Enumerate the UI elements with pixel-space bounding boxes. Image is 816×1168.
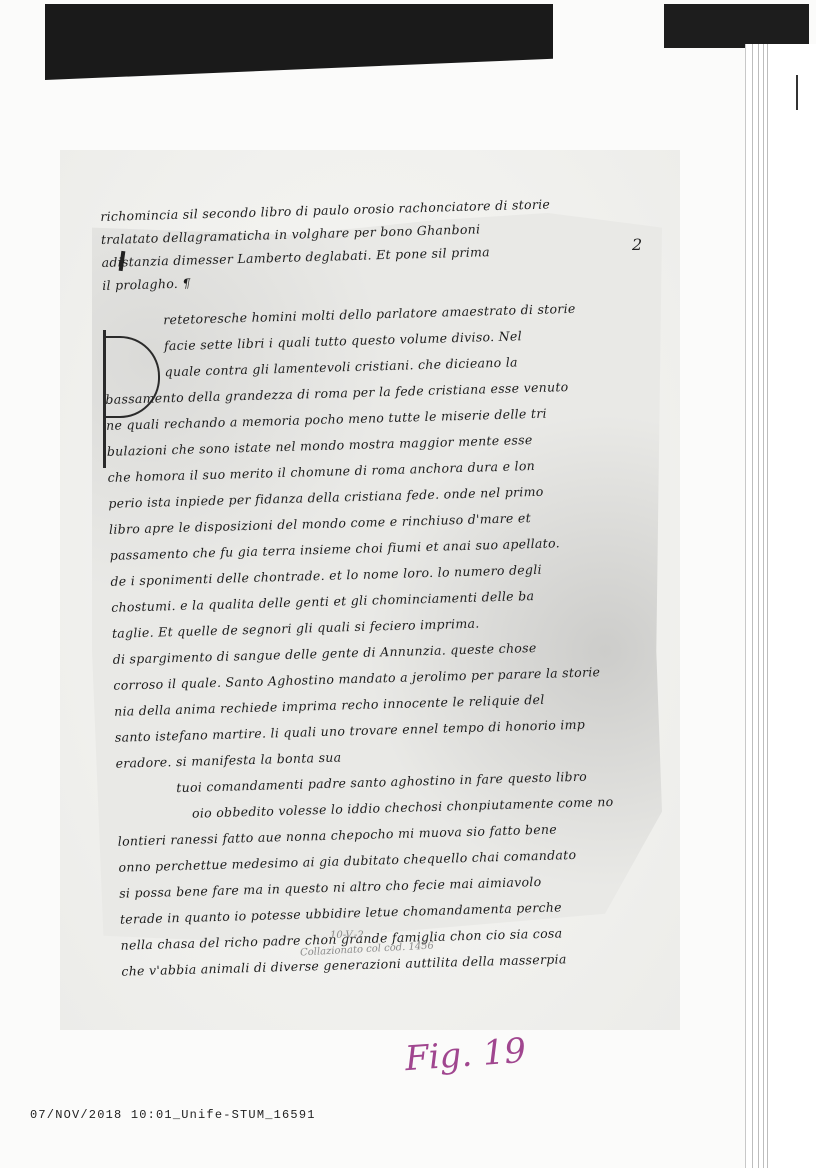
manuscript-text: richomincia sil secondo libro di paulo o… <box>100 189 682 984</box>
marginal-stamp-number: 10-V.-2 <box>330 930 364 941</box>
scanner-black-border-left <box>45 4 553 80</box>
scan-timestamp: 07/NOV/2018 10:01_Unife-STUM_16591 <box>30 1108 316 1122</box>
page-edge-mark <box>796 75 798 110</box>
scanner-black-border-right <box>664 4 809 48</box>
stacked-page-edges <box>745 44 816 1168</box>
figure-label: Fig. 19 <box>404 1031 528 1079</box>
